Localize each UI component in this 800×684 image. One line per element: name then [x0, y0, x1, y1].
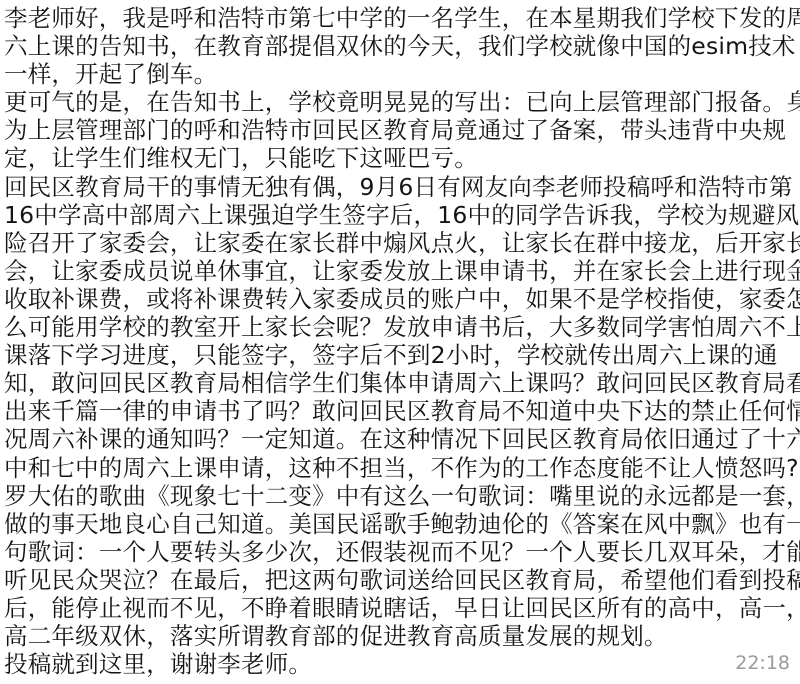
message-line: 做的事天地良心自己知道。美国民谣歌手鲍勃迪伦的《答案在风中飘》也有一: [4, 510, 800, 538]
message-line: 16中学高中部周六上课强迫学生签字后，16中的同学告诉我，学校为规避风: [4, 201, 800, 229]
message-line: 会，让家委成员说单休事宜，让家委发放上课申请书，并在家长会上进行现金: [4, 257, 800, 285]
message-line: 更可气的是，在告知书上，学校竟明晃晃的写出：已向上层管理部门报备。身: [4, 88, 800, 116]
message-line: 险召开了家委会，让家委在家长群中煽风点火，让家长在群中接龙，后开家长: [4, 229, 800, 257]
message-line: 句歌词：一个人要转头多少次，还假装视而不见？一个人要长几双耳朵，才能: [4, 538, 800, 566]
message-line: 高二年级双休，落实所谓教育部的促进教育高质量发展的规划。: [4, 622, 800, 650]
message-line: 况周六补课的通知吗？一定知道。在这种情况下回民区教育局依旧通过了十六: [4, 425, 800, 453]
message-line: 李老师好，我是呼和浩特市第七中学的一名学生，在本星期我们学校下发的周: [4, 4, 800, 32]
message-line: 知，敢问回民区教育局相信学生们集体申请周六上课吗？敢问回民区教育局看: [4, 369, 800, 397]
message-line: 一样，开起了倒车。: [4, 60, 800, 88]
message-line: 后，能停止视而不见，不睁着眼睛说瞎话，早日让回民区所有的高中，高一，: [4, 594, 800, 622]
message-line: 罗大佑的歌曲《现象七十二变》中有这么一句歌词：嘴里说的永远都是一套，: [4, 482, 800, 510]
message-line: 六上课的告知书，在教育部提倡双休的今天，我们学校就像中国的esim技术: [4, 32, 800, 60]
message-line: 定，让学生们维权无门，只能吃下这哑巴亏。: [4, 144, 800, 172]
message-line: 中和七中的周六上课申请，这种不担当，不作为的工作态度能不让人愤怒吗?: [4, 454, 800, 482]
message-line: 投稿就到这里，谢谢李老师。: [4, 650, 800, 678]
message-line: 回民区教育局干的事情无独有偶，9月6日有网友向李老师投稿呼和浩特市第: [4, 173, 800, 201]
message-line: 为上层管理部门的呼和浩特市回民区教育局竟通过了备案，带头违背中央规: [4, 116, 800, 144]
message-line: 出来千篇一律的申请书了吗？敢问回民区教育局不知道中央下达的禁止任何情: [4, 397, 800, 425]
message-timestamp: 22:18: [735, 652, 790, 674]
message-line: 么可能用学校的教室开上家长会呢？发放申请书后，大多数同学害怕周六不上: [4, 313, 800, 341]
message-line: 课落下学习进度，只能签字，签字后不到2小时，学校就传出周六上课的通: [4, 341, 800, 369]
message-line: 收取补课费，或将补课费转入家委成员的账户中，如果不是学校指使，家委怎: [4, 285, 800, 313]
message-body: 李老师好，我是呼和浩特市第七中学的一名学生，在本星期我们学校下发的周 六上课的告…: [4, 4, 800, 678]
message-line: 听见民众哭泣？在最后，把这两句歌词送给回民区教育局，希望他们看到投稿: [4, 566, 800, 594]
